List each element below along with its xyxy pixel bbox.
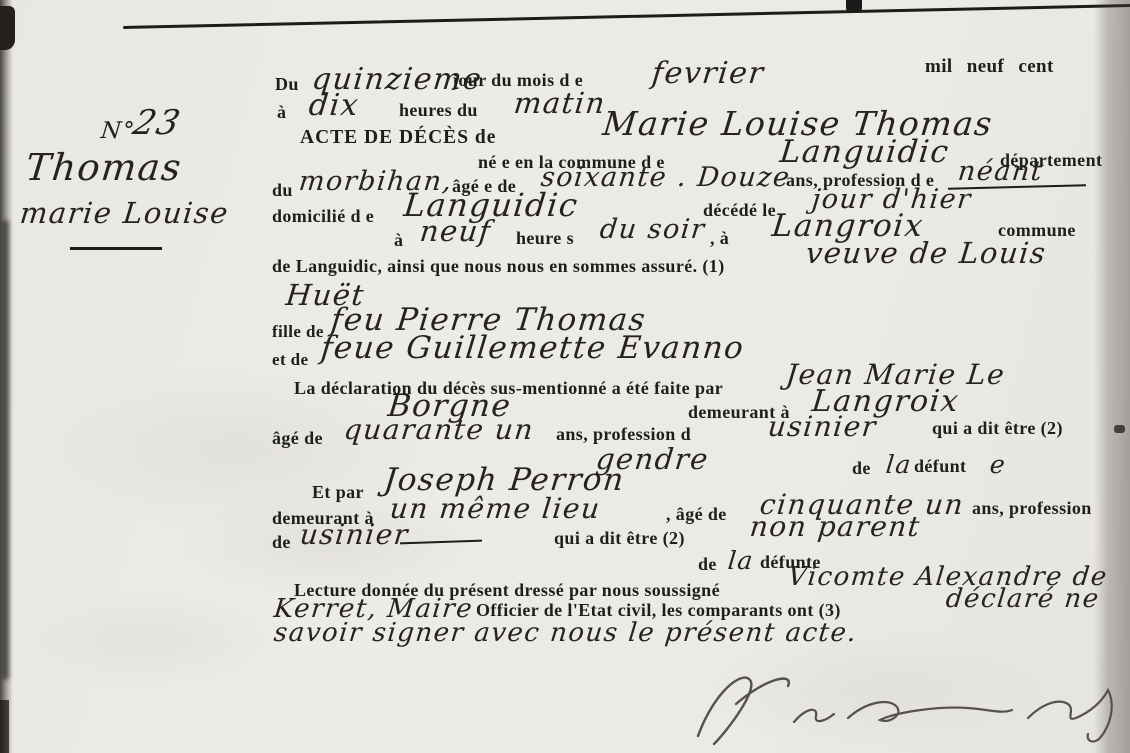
label-et-de: et de xyxy=(272,350,308,370)
hw-declarant2-profession: usinier xyxy=(298,518,410,551)
signature-mark xyxy=(676,664,1126,750)
hw-profession-deceased: néant xyxy=(956,156,1044,187)
hw-mother-name: feue Guillemette Evanno xyxy=(319,330,746,366)
margin-underline xyxy=(70,247,162,250)
label-et-par: Et par xyxy=(312,482,364,503)
label-a-hour: à xyxy=(277,102,286,123)
hw-la-defunt: la xyxy=(884,450,913,479)
label-defunt: défunt xyxy=(914,456,966,477)
hw-declarant2-residence: un même lieu xyxy=(388,492,602,525)
label-du-dept: du xyxy=(272,180,293,201)
hw-declarant1-age: quarante un xyxy=(342,413,536,446)
act-number: 23 xyxy=(129,103,185,143)
hw-defunt-e-flourish: e xyxy=(988,450,1007,479)
hw-la-defunte: la xyxy=(726,546,755,575)
hw-declare-ne: déclaré ne xyxy=(944,584,1101,614)
death-certificate-page: N° 23 Thomas marie Louise Du quinzieme j… xyxy=(0,0,1130,753)
label-decede-le: décédé le xyxy=(703,200,776,221)
hw-hour: dix xyxy=(307,88,361,123)
label-ans-profession-2: ans, profession xyxy=(972,498,1092,519)
deceased-surname-margin: Thomas xyxy=(24,146,184,189)
hw-time-of-day: matin xyxy=(512,86,607,120)
label-comma-a: , à xyxy=(710,228,729,249)
bottom-left-corner-mark xyxy=(0,700,9,753)
label-de-defunt-1a: de xyxy=(852,458,871,479)
hw-declarant1-profession: usinier xyxy=(766,410,878,443)
label-fille-de: fille de xyxy=(272,322,324,342)
right-page-shadow xyxy=(1094,0,1130,753)
hw-birthplace: Languidic xyxy=(778,134,951,170)
act-title-label: ACTE DE DÉCÈS de xyxy=(300,127,496,149)
label-assure-clause: de Languidic, ainsi que nous nous en som… xyxy=(272,256,725,277)
label-year: mil neuf cent xyxy=(925,56,1054,78)
label-age-de-2: , âgé de xyxy=(666,504,727,525)
hw-declarant2-relation: non parent xyxy=(748,510,922,543)
label-de-defunte-2a: de xyxy=(698,554,717,575)
label-domicilie: domicilié d e xyxy=(272,206,374,227)
deceased-given-names-margin: marie Louise xyxy=(18,196,231,230)
label-qui-a-dit-etre-1: qui a dit être (2) xyxy=(932,418,1063,439)
label-qui-a-dit-etre-2: qui a dit être (2) xyxy=(554,528,685,549)
hw-death-time-of-day: du soir xyxy=(598,214,707,245)
right-edge-nub xyxy=(1114,425,1125,433)
hw-marital-status: veuve de Louis xyxy=(804,236,1048,270)
label-de-profession-2: de xyxy=(272,532,291,553)
top-center-ink-mark xyxy=(846,0,862,13)
left-edge-dark-streak xyxy=(2,220,9,680)
label-heures-du: heures du xyxy=(399,100,478,121)
top-rule-line xyxy=(123,4,1130,29)
profession2-dash-flourish xyxy=(400,540,482,545)
top-left-corner-mark xyxy=(0,6,15,50)
label-age-de-1: âgé de xyxy=(272,428,323,449)
hw-closing-line: savoir signer avec nous le présent acte. xyxy=(272,618,858,648)
hw-death-hour: neuf xyxy=(418,214,493,248)
label-du: Du xyxy=(275,74,299,95)
label-a-death-hour: à xyxy=(394,230,403,251)
hw-month: fevrier xyxy=(650,56,766,91)
label-heures: heure s xyxy=(516,228,574,249)
